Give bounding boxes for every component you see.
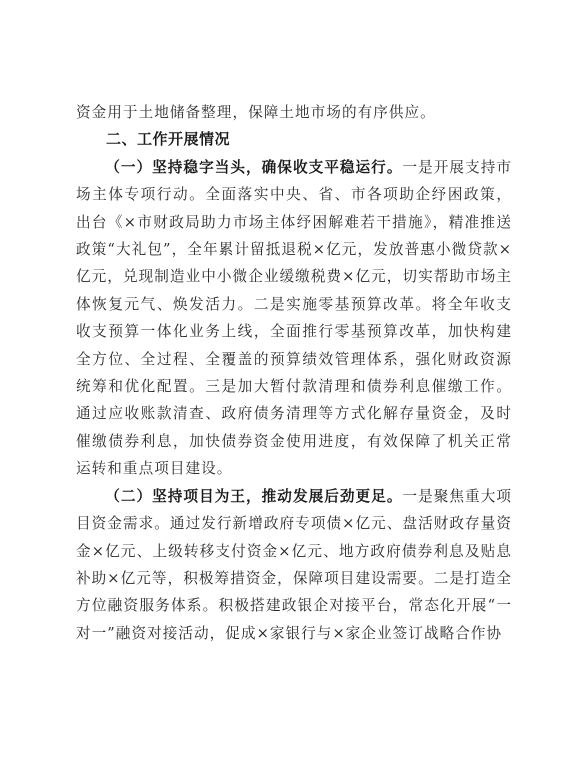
- document-page: 资金用于土地储备整理，保障土地市场的有序供应。 二、工作开展情况 （一）坚持稳字…: [76, 99, 512, 647]
- section-heading-work-progress: 二、工作开展情况: [76, 126, 512, 153]
- paragraph-text: 一是开展支持市场主体专项行动。全面落实中央、省、市各项助企纾困政策，出台《×市财…: [76, 159, 512, 477]
- paragraph-text: 资金用于土地储备整理，保障土地市场的有序供应。: [76, 104, 436, 121]
- paragraph-projects: （二）坚持项目为王，推动发展后劲更足。一是聚焦重大项目资金需求。通过发行新增政府…: [76, 483, 512, 647]
- paragraph-land-reserve: 资金用于土地储备整理，保障土地市场的有序供应。: [76, 99, 512, 126]
- paragraph-stability: （一）坚持稳字当头，确保收支平稳运行。一是开展支持市场主体专项行动。全面落实中央…: [76, 154, 512, 483]
- paragraph-lead-heading: （一）坚持稳字当头，确保收支平稳运行。: [105, 159, 402, 176]
- paragraph-lead-heading: （二）坚持项目为王，推动发展后劲更足。: [105, 488, 402, 505]
- paragraph-text: 一是聚焦重大项目资金需求。通过发行新增政府专项债×亿元、盘活财政存量资金×亿元、…: [76, 488, 512, 642]
